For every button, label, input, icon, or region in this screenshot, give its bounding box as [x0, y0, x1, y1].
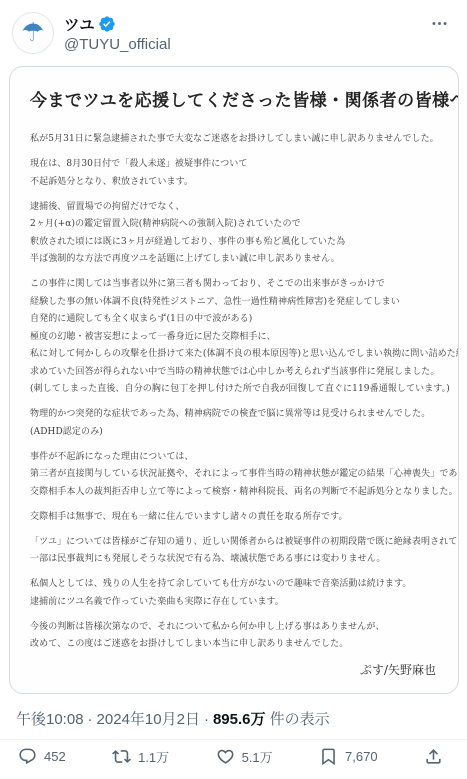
views-count: 895.6万: [213, 711, 266, 728]
letter-line: 2ヶ月(+α)の鑑定留置入院(精神病院への強制入院)されていたので: [30, 216, 438, 234]
letter-paragraph: 事件が不起訴になった理由については、第三者が直接関与している状況証拠や、それによ…: [30, 449, 438, 502]
views-label: 件の表示: [270, 711, 330, 728]
letter-paragraph: 今後の判断は皆様次第なので、それについて私から何か申し上げる事はありませんが、改…: [30, 619, 438, 654]
avatar[interactable]: ☂: [12, 12, 54, 54]
like-icon: [216, 747, 235, 766]
letter-line: 求めていた回答が得られない中で当時の精神状態では心中しか考えられず当該事件に発展…: [30, 364, 438, 382]
umbrella-icon: ☂: [21, 19, 44, 45]
reply-button[interactable]: 452: [18, 747, 66, 766]
letter-paragraph: この事件に関しては当事者以外に第三者も関わっており、そこでの出来事がきっかけで経…: [30, 276, 438, 399]
letter-line: 事件が不起訴になった理由については、: [30, 449, 438, 467]
user-handle[interactable]: @TUYU_official: [64, 36, 426, 53]
tweet-image-letter[interactable]: 今までツユを応援してくださった皆様・関係者の皆様へ 私が5月31日に緊急逮捕され…: [9, 66, 459, 694]
share-icon: [424, 747, 443, 766]
name-block: ツユ @TUYU_official: [64, 12, 426, 53]
letter-line: この事件に関しては当事者以外に第三者も関わっており、そこでの出来事がきっかけで: [30, 276, 438, 294]
timestamp-row: 午後10:08·2024年10月2日·895.6万 件の表示: [0, 704, 467, 739]
verified-badge-icon: [98, 15, 116, 33]
letter-line: 改めて、この度はご迷惑をお掛けしてしまい本当に申し訳ありませんでした。: [30, 636, 438, 654]
bookmark-icon: [319, 747, 338, 766]
letter-line: 半ば強制的な方法で再度ツユを話題に上げてしまい誠に申し訳ありません。: [30, 251, 438, 269]
letter-paragraph: 私個人としては、残りの人生を持て余していても仕方がないので趣味で音楽活動は続けま…: [30, 576, 438, 611]
letter-line: 交際相手本人の裁判拒否申し立て等によって検察・精神科院長、両名の判断で不起訴処分…: [30, 484, 438, 502]
letter-line: 逮捕後、留置場での拘留だけでなく、: [30, 199, 438, 217]
letter-line: 物理的かつ突発的な症状であった為、精神病院での検査で脳に異常等は見受けられません…: [30, 406, 438, 424]
letter-line: 自発的に通院しても全く収まらず(1日の中で波がある): [30, 311, 438, 329]
letter-line: 不起訴処分となり、釈放されています。: [30, 174, 438, 192]
letter-line: 「ツユ」については皆様がご存知の通り、近しい関係者からは被疑事件の初期段階で既に…: [30, 534, 438, 552]
tweet: ☂ ツユ @TUYU_official 今までツユを応援してくださった皆様・関係…: [0, 0, 467, 779]
letter-paragraph: 逮捕後、留置場での拘留だけでなく、2ヶ月(+α)の鑑定留置入院(精神病院への強制…: [30, 199, 438, 269]
action-bar: 452 1.1万 5.1万 7,670: [0, 740, 467, 773]
letter-paragraph: 現在は、8月30日付で「殺人未遂」被疑事件について不起訴処分となり、釈放されてい…: [30, 156, 438, 191]
letter-body: 私が5月31日に緊急逮捕された事で大変なご迷惑をお掛けしてしまい誠に申し訳ありま…: [30, 131, 438, 654]
like-count: 5.1万: [242, 747, 273, 766]
separator-dot: ·: [84, 711, 97, 728]
letter-line: 一部は民事裁判にも発展しそうな状況で有る為、壊滅状態である事には変わりません。: [30, 551, 438, 569]
like-button[interactable]: 5.1万: [216, 747, 273, 766]
post-time[interactable]: 午後10:08: [16, 711, 84, 728]
letter-line: 今後の判断は皆様次第なので、それについて私から何か申し上げる事はありませんが、: [30, 619, 438, 637]
letter-paragraph: 交際相手は無事で、現在も一緒に住んでいますし諸々の責任を取る所存です。: [30, 509, 438, 527]
share-button[interactable]: [424, 747, 443, 766]
letter-line: 私が5月31日に緊急逮捕された事で大変なご迷惑をお掛けしてしまい誠に申し訳ありま…: [30, 131, 438, 149]
letter-line: 極度の幻聴・被害妄想によって一番身近に居た交際相手に、: [30, 329, 438, 347]
letter-line: (刺してしまった直後、自分の胸に包丁を押し付けた所で自我が回復して直ぐに119番…: [30, 381, 438, 399]
reply-icon: [18, 747, 37, 766]
repost-icon: [112, 747, 131, 766]
letter-line: 私に対して何かしらの攻撃を仕掛けて来た(体調不良の根本原因等)と思い込んでしまい…: [30, 346, 438, 364]
letter-line: 釈放された頃には既に3ヶ月が経過しており、事件の事も殆ど風化していた為: [30, 234, 438, 252]
display-name[interactable]: ツユ: [64, 13, 95, 35]
letter-line: 交際相手は無事で、現在も一緒に住んでいますし諸々の責任を取る所存です。: [30, 509, 438, 527]
letter-line: 逮捕前にツユ名義で作っていた楽曲も実際に存在しています。: [30, 594, 438, 612]
tweet-header: ☂ ツユ @TUYU_official: [0, 10, 467, 54]
bookmark-count: 7,670: [345, 749, 378, 764]
separator-dot: ·: [200, 711, 213, 728]
repost-button[interactable]: 1.1万: [112, 747, 169, 766]
letter-title: 今までツユを応援してくださった皆様・関係者の皆様へ: [30, 86, 438, 111]
letter-line: 第三者が直接関与している状況証拠や、それによって事件当時の精神状態が鑑定の結果「…: [30, 466, 438, 484]
more-button[interactable]: [426, 12, 453, 35]
letter-line: 経験した事の無い体調不良(特発性ジストニア、急性一過性精神病性障害)を発症してし…: [30, 294, 438, 312]
letter-signature: ぷす/矢野麻也: [30, 661, 436, 678]
letter-line: (ADHD認定のみ): [30, 424, 438, 442]
bookmark-button[interactable]: 7,670: [319, 747, 378, 766]
letter-paragraph: 私が5月31日に緊急逮捕された事で大変なご迷惑をお掛けしてしまい誠に申し訳ありま…: [30, 131, 438, 149]
letter-line: 現在は、8月30日付で「殺人未遂」被疑事件について: [30, 156, 438, 174]
more-icon: [430, 14, 449, 33]
reply-count: 452: [44, 749, 66, 764]
repost-count: 1.1万: [138, 747, 169, 766]
letter-paragraph: 「ツユ」については皆様がご存知の通り、近しい関係者からは被疑事件の初期段階で既に…: [30, 534, 438, 569]
post-date[interactable]: 2024年10月2日: [97, 711, 200, 728]
letter-paragraph: 物理的かつ突発的な症状であった為、精神病院での検査で脳に異常等は見受けられません…: [30, 406, 438, 441]
letter-line: 私個人としては、残りの人生を持て余していても仕方がないので趣味で音楽活動は続けま…: [30, 576, 438, 594]
